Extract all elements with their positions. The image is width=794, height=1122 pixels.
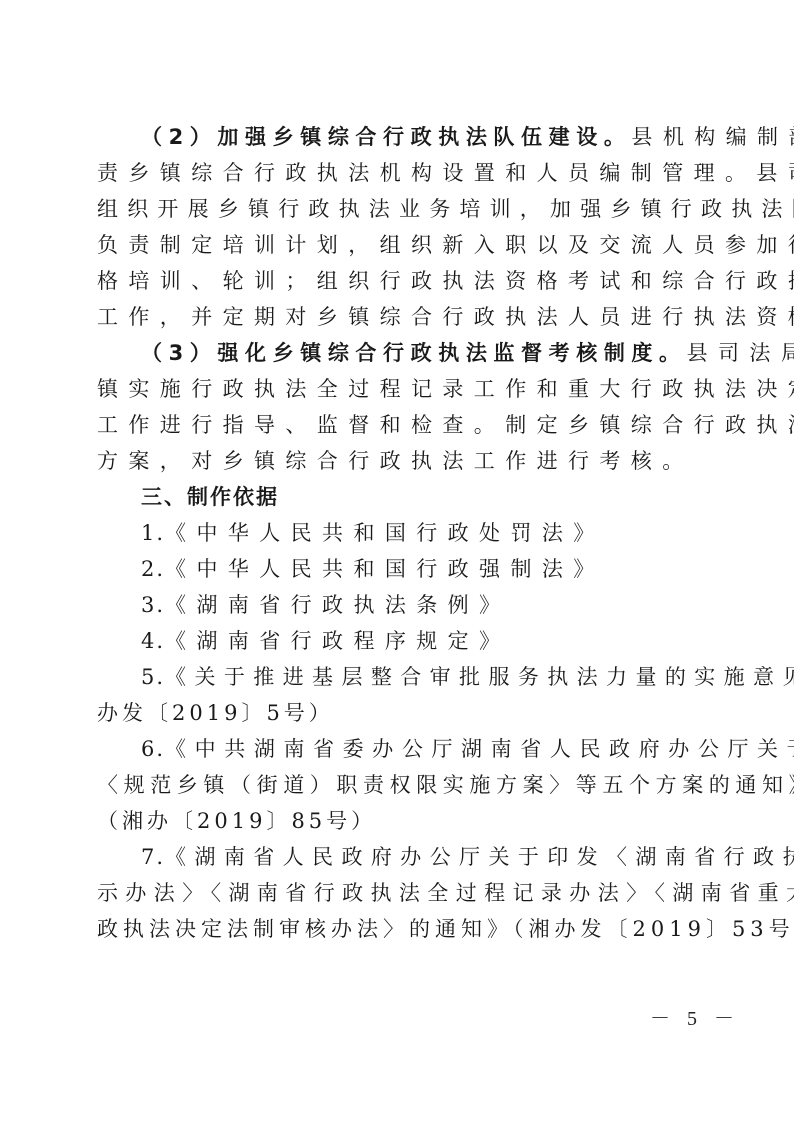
basis-item-7: 7.《湖南省人民政府办公厅关于印发〈湖南省行政执法公 xyxy=(97,839,697,875)
section-3-line: 方案，对乡镇综合行政执法工作进行考核。 xyxy=(97,443,697,479)
section-3-label: （3） xyxy=(141,341,217,365)
document-page: （2）加强乡镇综合行政执法队伍建设。县机构编制部门负 责乡镇综合行政执法机构设置… xyxy=(97,119,697,947)
item-number: 5. xyxy=(141,665,165,689)
basis-item-7-cont: 政执法决定法制审核办法〉的通知》（湘办发〔2019〕53号） xyxy=(97,911,697,947)
basis-heading: 三、制作依据 xyxy=(97,479,697,515)
item-text: 《中华人民共和国行政处罚法》 xyxy=(165,521,605,545)
item-text: 《湖南省行政程序规定》 xyxy=(165,629,510,653)
section-2-line: 工作，并定期对乡镇综合行政执法人员进行执法资格审核。 xyxy=(97,299,697,335)
item-number: 7. xyxy=(141,845,165,869)
item-number: 6. xyxy=(141,737,165,761)
basis-item-3: 3.《湖南省行政执法条例》 xyxy=(97,587,697,623)
item-number: 1. xyxy=(141,521,165,545)
section-2-label: （2） xyxy=(141,125,217,149)
section-3-line: 工作进行指导、监督和检查。制定乡镇综合行政执法工作考核 xyxy=(97,407,697,443)
item-text: 《湖南省人民政府办公厅关于印发〈湖南省行政执法公 xyxy=(165,845,794,869)
basis-item-7-cont: 示办法〉〈湖南省行政执法全过程记录办法〉〈湖南省重大行 xyxy=(97,875,697,911)
item-text: 《中共湖南省委办公厅湖南省人民政府办公厅关于印发 xyxy=(165,737,794,761)
basis-item-4: 4.《湖南省行政程序规定》 xyxy=(97,623,697,659)
section-3-text: 县司法局对乡 xyxy=(687,341,794,365)
section-2-line: 格培训、轮训；组织行政执法资格考试和综合行政执法证换发 xyxy=(97,263,697,299)
section-2-text: 县机构编制部门负 xyxy=(631,125,794,149)
section-2-line: 负责制定培训计划，组织新入职以及交流人员参加行政执法资 xyxy=(97,227,697,263)
section-2-first-line: （2）加强乡镇综合行政执法队伍建设。县机构编制部门负 xyxy=(97,119,697,155)
item-number: 4. xyxy=(141,629,165,653)
item-text: 《关于推进基层整合审批服务执法力量的实施意见》（中 xyxy=(165,665,794,689)
basis-item-6-cont: 〈规范乡镇（街道）职责权限实施方案〉等五个方案的通知》 xyxy=(97,767,697,803)
basis-item-2: 2.《中华人民共和国行政强制法》 xyxy=(97,551,697,587)
section-2-title: 加强乡镇综合行政执法队伍建设。 xyxy=(217,125,631,149)
section-3-line: 镇实施行政执法全过程记录工作和重大行政执法决定法制审核 xyxy=(97,371,697,407)
item-number: 3. xyxy=(141,593,165,617)
item-number: 2. xyxy=(141,557,165,581)
basis-item-1: 1.《中华人民共和国行政处罚法》 xyxy=(97,515,697,551)
item-text: 《湖南省行政执法条例》 xyxy=(165,593,510,617)
basis-item-5-cont: 办发〔2019〕5号） xyxy=(97,695,697,731)
section-3-title: 强化乡镇综合行政执法监督考核制度。 xyxy=(217,341,686,365)
basis-item-6: 6.《中共湖南省委办公厅湖南省人民政府办公厅关于印发 xyxy=(97,731,697,767)
section-2-line: 组织开展乡镇行政执法业务培训，加强乡镇行政执法队伍建设， xyxy=(97,191,697,227)
section-3-first-line: （3）强化乡镇综合行政执法监督考核制度。县司法局对乡 xyxy=(97,335,697,371)
section-2-line: 责乡镇综合行政执法机构设置和人员编制管理。县司法局牵头 xyxy=(97,155,697,191)
basis-item-6-cont: （湘办〔2019〕85号） xyxy=(97,803,697,839)
item-text: 《中华人民共和国行政强制法》 xyxy=(165,557,605,581)
basis-item-5: 5.《关于推进基层整合审批服务执法力量的实施意见》（中 xyxy=(97,659,697,695)
page-number: － 5 － xyxy=(650,1002,740,1031)
